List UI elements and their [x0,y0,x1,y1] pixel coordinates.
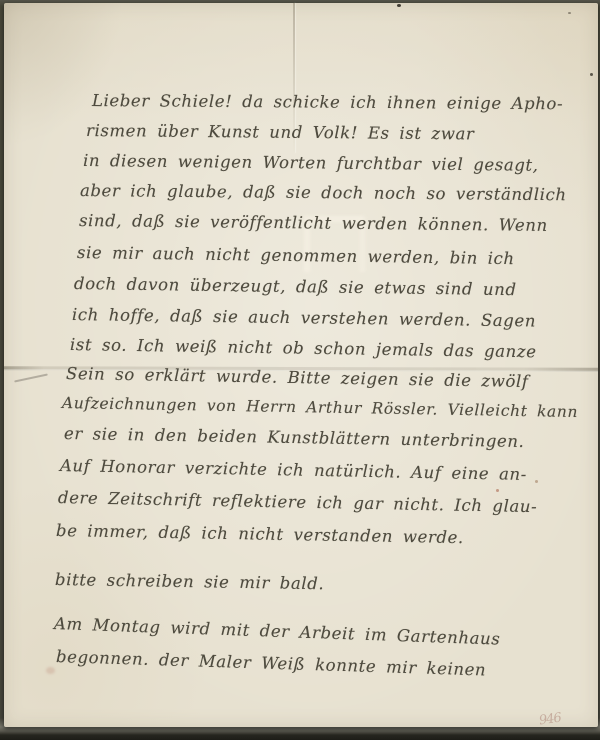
handwriting-line: ist so. Ich weiß nicht ob schon jemals d… [70,337,537,361]
letter-paper: Lieber Schiele! da schicke ich ihnen ein… [4,3,598,727]
handwriting-line: be immer, daß ich nicht verstanden werde… [56,523,464,547]
handwriting-line: sind, daß sie veröffentlicht werden könn… [79,213,548,234]
handwriting-line: Lieber Schiele! da schicke ich ihnen ein… [92,93,563,113]
handwriting-line: sie mir auch nicht genommen werden, bin … [77,245,515,268]
handwriting-line: begonnen. der Maler Weiß konnte mir kein… [56,649,487,679]
handwriting-line: doch davon überzeugt, daß sie etwas sind… [74,276,517,299]
paper-speck [568,12,571,14]
letter-scan-page: { "document": { "kind": "Handwritten let… [0,0,600,740]
page-number-pencil: 946 [538,711,562,729]
paper-speck [535,480,538,483]
paper-speck [590,73,593,76]
handwriting-line: er sie in den beiden Kunstblättern unter… [64,426,525,451]
handwriting-line: ich hoffe, daß sie auch verstehen werden… [72,307,536,330]
paper-speck [397,4,401,7]
paper-speck [496,489,499,492]
margin-pencil-mark [14,373,48,382]
handwriting-line: Aufzeichnungen von Herrn Arthur Rössler.… [62,396,578,421]
handwriting-line: Auf Honorar verzichte ich natürlich. Auf… [60,458,527,483]
handwriting-line: Am Montag wird mit der Arbeit im Gartenh… [54,616,501,648]
handwriting-line: in diesen wenigen Worten furchtbar viel … [83,153,539,174]
handwriting-line: dere Zeitschrift reflektiere ich gar nic… [58,490,538,516]
handwriting-line: bitte schreiben sie mir bald. [55,572,325,593]
paper-stain [46,667,55,674]
handwriting-line: rismen über Kunst und Volk! Es ist zwar [86,123,475,143]
handwriting-line: aber ich glaube, daß sie doch noch so ve… [80,183,567,204]
